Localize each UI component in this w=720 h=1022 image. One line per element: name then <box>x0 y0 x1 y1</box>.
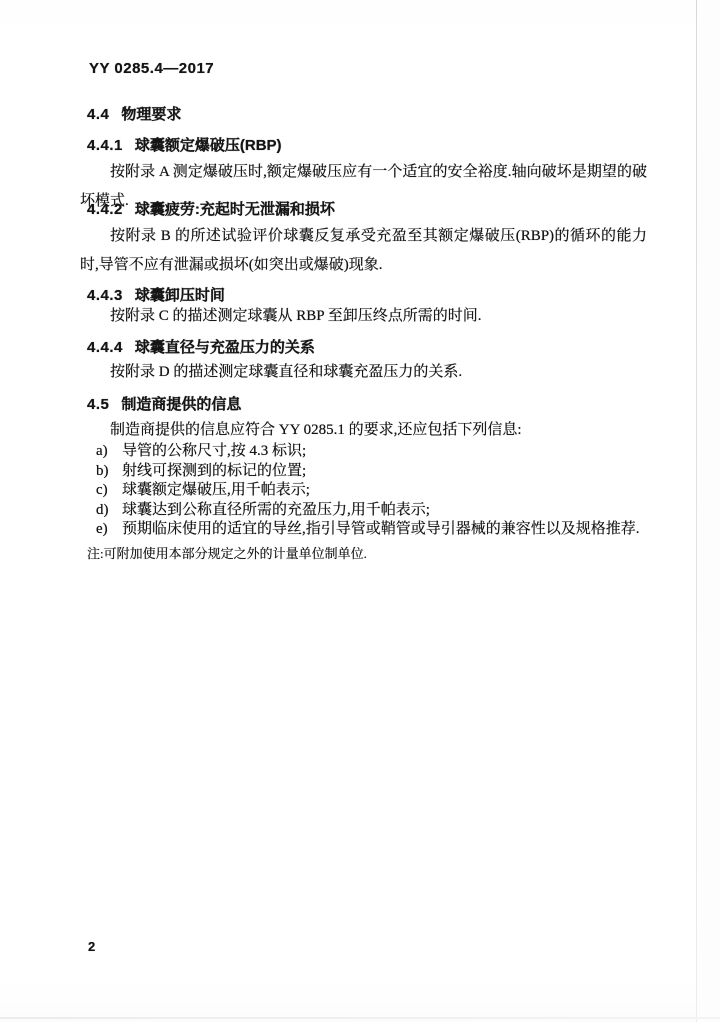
page-edge-bottom <box>0 1017 720 1019</box>
section-title: 制造商提供的信息 <box>121 396 241 413</box>
list-item-text: 射线可探测到的标记的位置; <box>122 462 306 482</box>
page-edge-line <box>696 0 697 1022</box>
section-4-4-1-heading: 4.4.1球囊额定爆破压(RBP) <box>87 134 282 155</box>
list-item-text: 导管的公称尺寸,按 4.3 标识; <box>122 442 306 462</box>
list-item-d: d) 球囊达到公称直径所需的充盈压力,用千帕表示; <box>96 501 652 521</box>
list-item-b: b) 射线可探测到的标记的位置; <box>96 462 652 482</box>
section-4-4-heading: 4.4物理要求 <box>87 103 181 124</box>
list-item-c: c) 球囊额定爆破压,用千帕表示; <box>96 481 652 501</box>
list-item-label: e) <box>96 520 122 540</box>
section-title: 球囊疲劳:充起时无泄漏和损坏 <box>135 201 335 218</box>
section-number: 4.4.4 <box>87 339 123 356</box>
scanned-document-page: YY 0285.4—2017 4.4物理要求 4.4.1球囊额定爆破压(RBP)… <box>0 0 720 1022</box>
list-item-label: d) <box>96 501 122 521</box>
list-item-label: b) <box>96 462 122 482</box>
section-4-4-2-heading: 4.4.2球囊疲劳:充起时无泄漏和损坏 <box>87 198 335 219</box>
section-4-5-heading: 4.5制造商提供的信息 <box>87 393 241 414</box>
list-item-text: 球囊达到公称直径所需的充盈压力,用千帕表示; <box>122 501 430 521</box>
section-title: 物理要求 <box>121 106 181 123</box>
section-4-4-3-paragraph: 按附录 C 的描述测定球囊从 RBP 至卸压终点所需的时间. <box>80 302 647 331</box>
doc-code-header: YY 0285.4—2017 <box>89 60 214 77</box>
list-item-label: a) <box>96 442 122 462</box>
section-number: 4.4.2 <box>87 201 123 218</box>
list-item-text: 球囊额定爆破压,用千帕表示; <box>122 481 310 501</box>
list-item-text: 预期临床使用的适宜的导丝,指引导管或鞘管或导引器械的兼容性以及规格推荐. <box>122 520 640 540</box>
section-number: 4.4.1 <box>87 137 123 154</box>
section-4-4-4-heading: 4.4.4球囊直径与充盈压力的关系 <box>87 336 315 357</box>
list-item-label: c) <box>96 481 122 501</box>
section-4-4-2-paragraph: 按附录 B 的所述试验评价球囊反复承受充盈至其额定爆破压(RBP)的循环的能力时… <box>80 222 647 280</box>
scan-margin-right <box>697 0 720 1022</box>
note-line: 注:可附加使用本部分规定之外的计量单位制单位. <box>87 543 367 562</box>
section-4-4-4-paragraph: 按附录 D 的描述测定球囊直径和球囊充盈压力的关系. <box>80 358 647 387</box>
section-title: 球囊直径与充盈压力的关系 <box>135 339 315 356</box>
section-4-5-intro-paragraph: 制造商提供的信息应符合 YY 0285.1 的要求,还应包括下列信息: <box>80 416 647 445</box>
section-number: 4.5 <box>87 396 109 413</box>
page-number: 2 <box>88 939 95 954</box>
list-item-a: a) 导管的公称尺寸,按 4.3 标识; <box>96 442 652 462</box>
list-item-e: e) 预期临床使用的适宜的导丝,指引导管或鞘管或导引器械的兼容性以及规格推荐. <box>96 520 652 540</box>
information-list: a) 导管的公称尺寸,按 4.3 标识; b) 射线可探测到的标记的位置; c)… <box>96 442 652 540</box>
section-title: 球囊额定爆破压(RBP) <box>135 137 282 154</box>
section-number: 4.4 <box>87 106 109 123</box>
